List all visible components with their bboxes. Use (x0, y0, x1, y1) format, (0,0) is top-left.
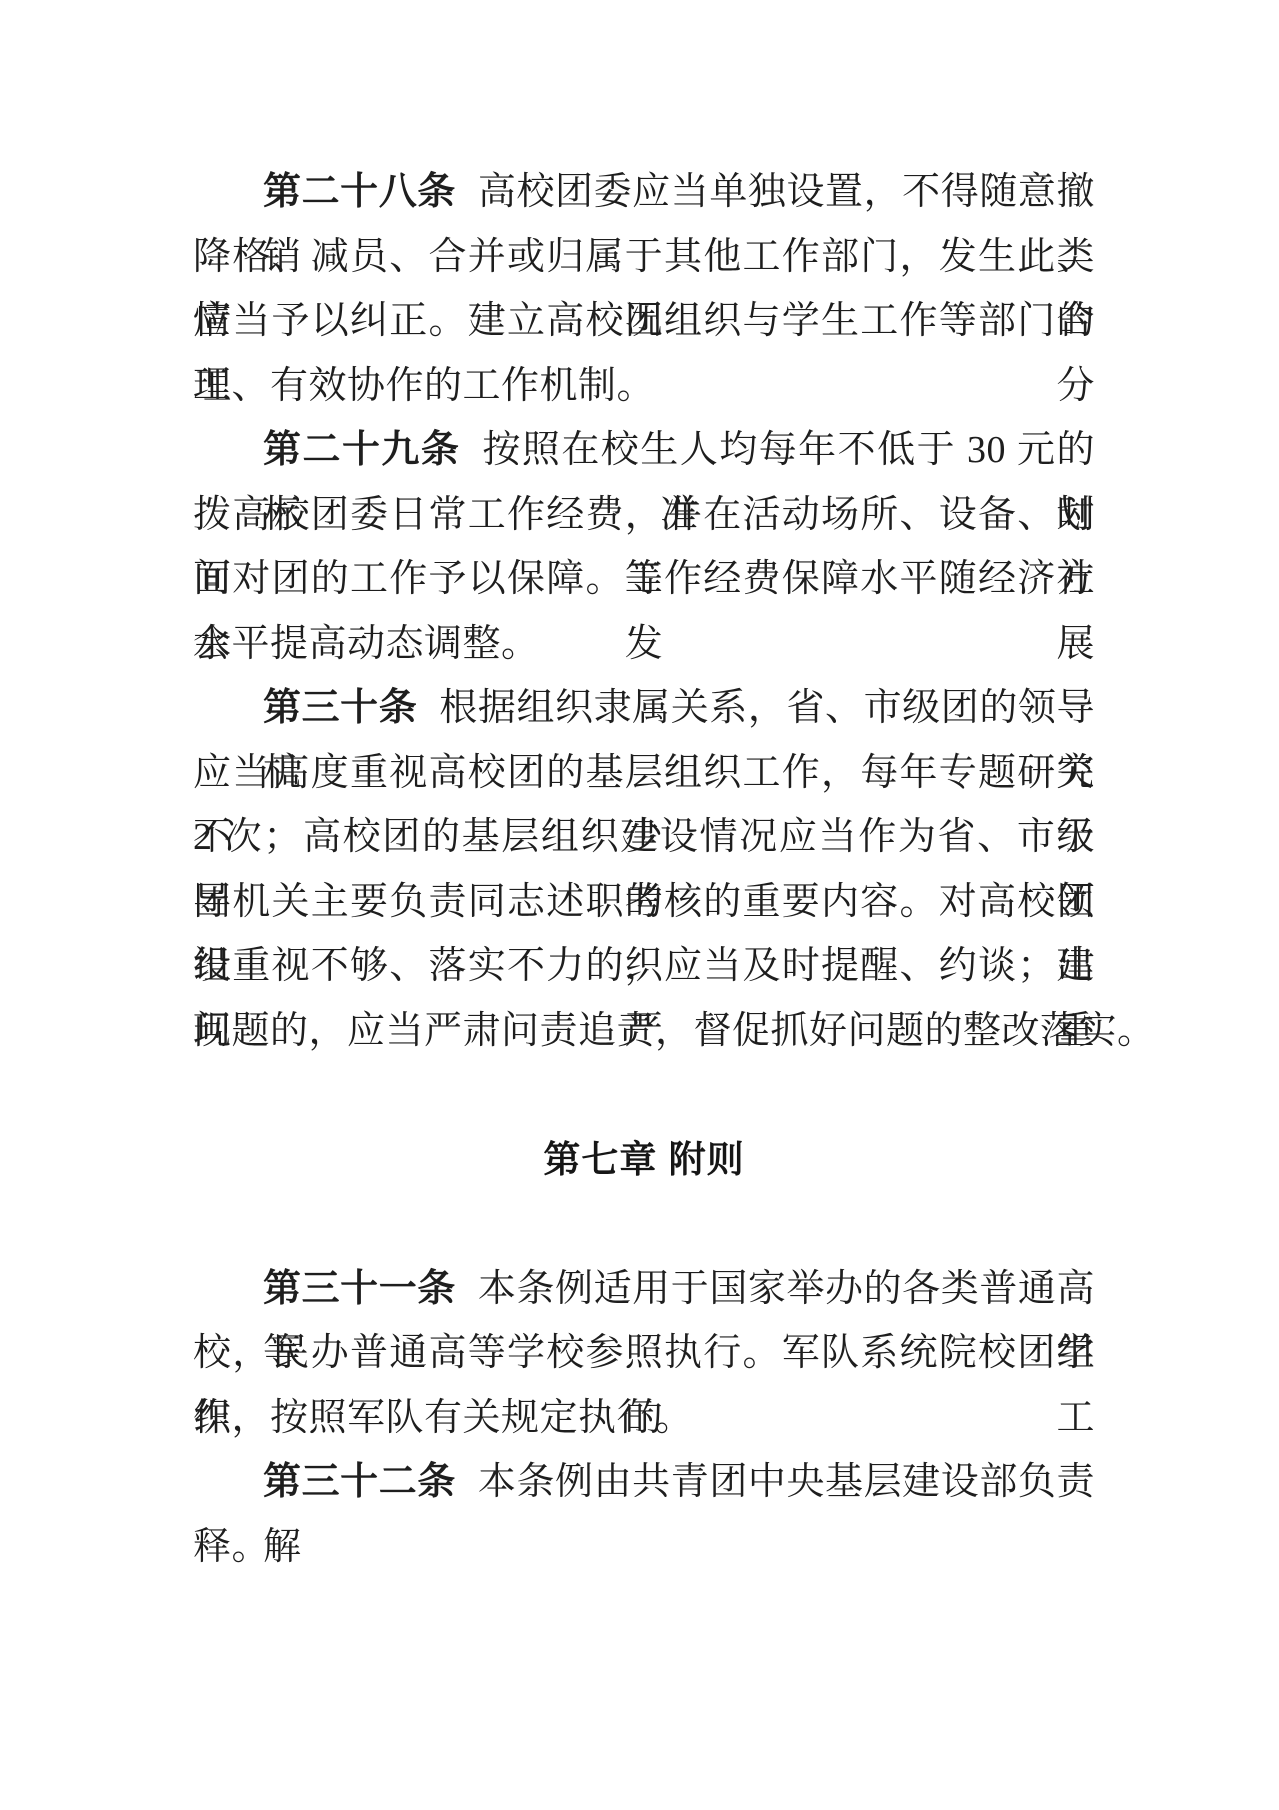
text-line: 第三十条根据组织隶属关系，省、市级团的领导机关 (193, 676, 1095, 741)
paragraph-text: 水平提高动态调整。 (193, 623, 540, 665)
text-line: 校，民办普通高等学校参照执行。军队系统院校团组织的工 (193, 1321, 1095, 1386)
article-number: 第三十二条 (263, 1461, 456, 1503)
article-number: 第二十九条 (263, 429, 460, 471)
article-number: 第三十条 (263, 687, 417, 729)
text-line: 问题的，应当严肃问责追责，督促抓好问题的整改落实。 (193, 999, 1095, 1064)
text-line: 面对团的工作予以保障。工作经费保障水平随经济社会发展 (193, 547, 1095, 612)
text-line: 降格、减员、合并或归属于其他工作部门，发生此类情况的 (193, 225, 1095, 290)
chapter-heading: 第七章 附则 (193, 1128, 1095, 1193)
text-line: 第二十九条按照在校生人均每年不低于 30 元的标准划 (193, 418, 1095, 483)
paragraph-text: 工、有效协作的工作机制。 (193, 365, 655, 407)
text-line: 应当予以纠正。建立高校团组织与学生工作等部门合理分 (193, 289, 1095, 354)
text-line: 设重视不够、落实不力的，应当及时提醒、约谈；出现严重 (193, 934, 1095, 999)
paragraph-text: 问题的，应当严肃问责追责，督促抓好问题的整改落实。 (193, 1010, 1156, 1052)
document-content: 第二十八条高校团委应当单独设置，不得随意撤销、降格、减员、合并或归属于其他工作部… (193, 160, 1095, 1579)
document-page: 第二十八条高校团委应当单独设置，不得随意撤销、降格、减员、合并或归属于其他工作部… (0, 0, 1279, 1810)
text-line: 2 次；高校团的基层组织建设情况应当作为省、市级团的领 (193, 805, 1095, 870)
text-line: 第二十八条高校团委应当单独设置，不得随意撤销、 (193, 160, 1095, 225)
paragraph-text: 作，按照军队有关规定执行。 (193, 1397, 694, 1439)
article-number: 第二十八条 (263, 171, 456, 213)
text-line: 导机关主要负责同志述职考核的重要内容。对高校团组织建 (193, 870, 1095, 935)
text-line: 第三十一条本条例适用于国家举办的各类普通高等学 (193, 1257, 1095, 1322)
text-line: 第三十二条本条例由共青团中央基层建设部负责解 (193, 1450, 1095, 1515)
paragraph-text: 释。 (193, 1526, 270, 1568)
text-line: 拨高校团委日常工作经费，并在活动场所、设备、时间等方 (193, 483, 1095, 548)
article-number: 第三十一条 (263, 1268, 456, 1310)
text-line: 应当高度重视高校团的基层组织工作，每年专题研究不少于 (193, 741, 1095, 806)
text-line: 释。 (193, 1515, 1095, 1580)
